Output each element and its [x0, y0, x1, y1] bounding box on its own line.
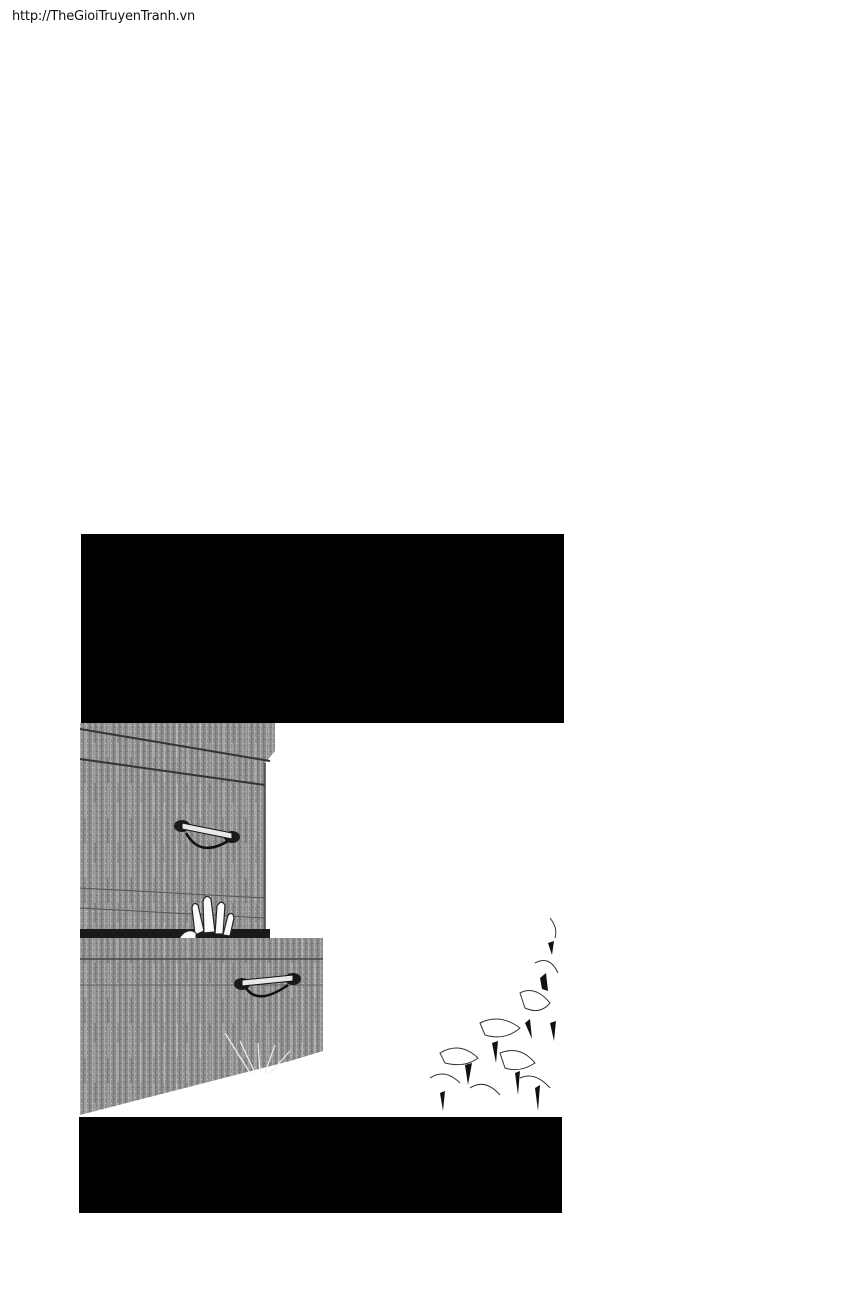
panel-black-band-top — [81, 534, 564, 723]
panel-illustration — [80, 723, 564, 1117]
dresser-icon — [80, 723, 323, 1115]
watermark: http://TheGioiTruyenTranh.vn — [12, 9, 195, 24]
manga-panel — [80, 534, 564, 1214]
foliage-shadows — [440, 941, 556, 1111]
foliage-icon — [430, 918, 558, 1095]
panel-black-band-bottom — [79, 1117, 562, 1213]
